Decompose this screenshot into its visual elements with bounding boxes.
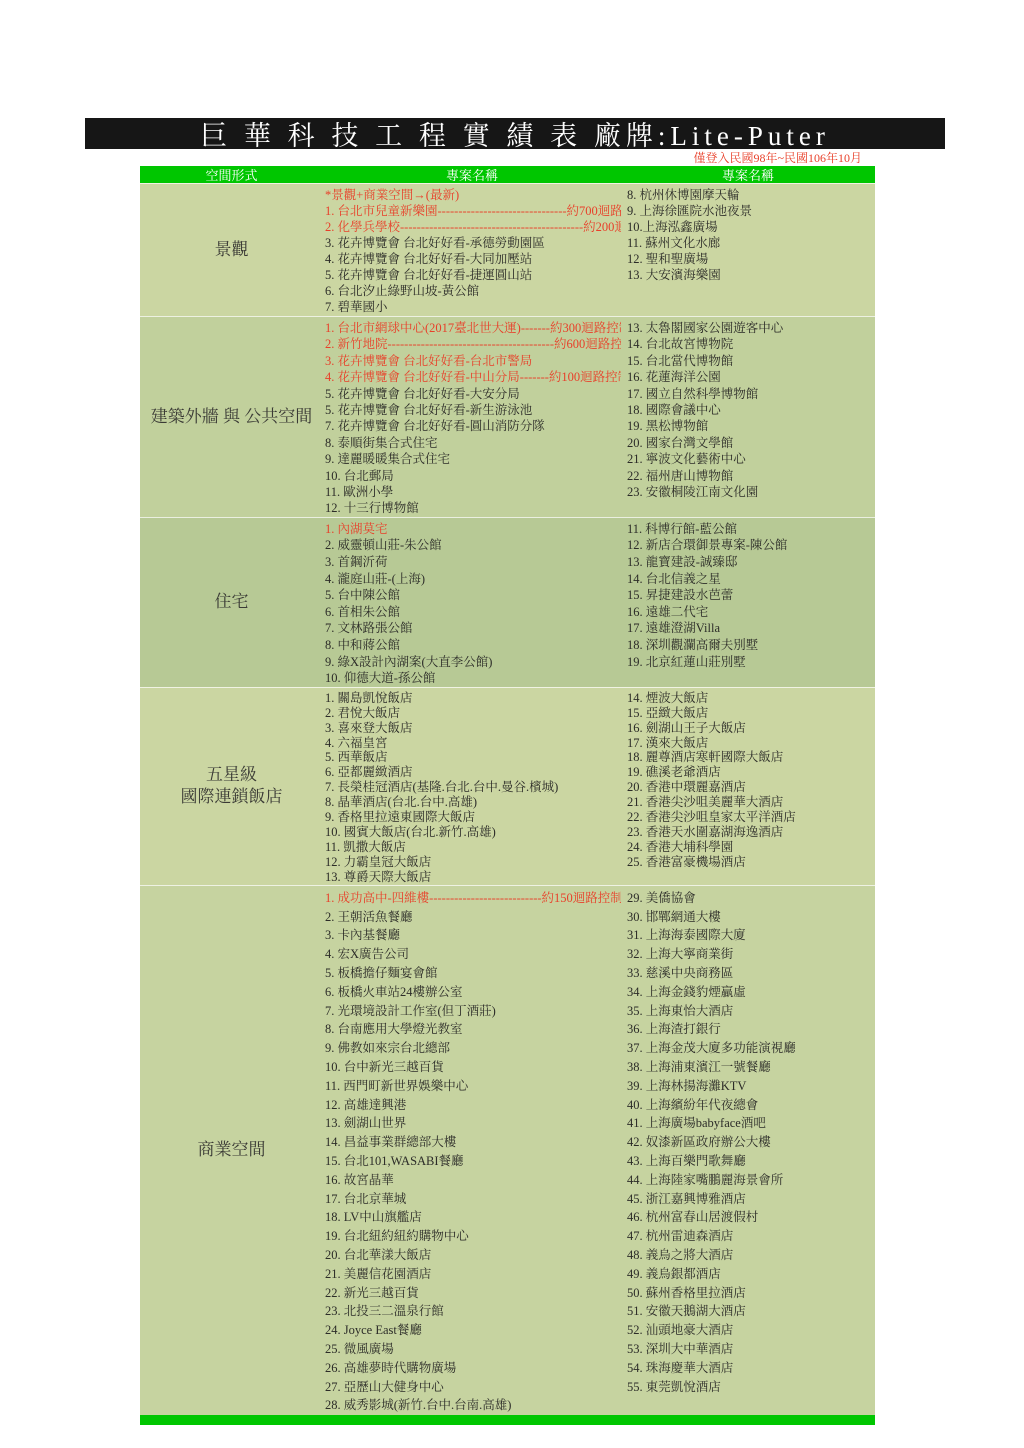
- project-item: 15. 台北當代博物館: [627, 353, 875, 369]
- project-item: 50. 蘇州香格里拉酒店: [627, 1284, 875, 1303]
- project-item: 55. 東莞凱悅酒店: [627, 1378, 875, 1397]
- project-item: 18. 麗尊酒店寒軒國際大飯店: [627, 750, 875, 765]
- project-item: 9. 綠X設計內湖案(大直李公館): [325, 654, 621, 671]
- project-item: 11. 歐洲小學: [325, 484, 621, 500]
- project-item: 21. 美麗信花園酒店: [325, 1265, 621, 1284]
- header-project-name-1: 專案名稱: [323, 165, 621, 184]
- project-item: 19. 礁溪老爺酒店: [627, 765, 875, 780]
- project-item: 1. 台北市兒童新樂園-----------------------------…: [325, 203, 621, 219]
- project-column: 8. 杭州休博園摩天輪9. 上海徐匯院水池夜景10.上海泓鑫廣場11. 蘇州文化…: [621, 184, 875, 316]
- project-item: 6. 板橋火車站24樓辦公室: [325, 983, 621, 1002]
- project-item: 3. 花卉博覽會 台北好好看-台北市警局: [325, 353, 621, 369]
- project-item: 33. 慈溪中央商務區: [627, 964, 875, 983]
- section-label: 商業空間: [140, 886, 323, 1415]
- document-title-bar: 巨 華 科 技 工 程 實 績 表 廠牌:Lite-Puter: [85, 118, 945, 149]
- project-item: 6. 亞都麗緻酒店: [325, 765, 621, 780]
- project-item: 24. 香港大埔科學園: [627, 840, 875, 855]
- table-section: 建築外牆 與 公共空間1. 台北市網球中心(2017臺北世大運)-------約…: [140, 316, 875, 517]
- project-column: 1. 成功高中-四維樓---------------------------約1…: [323, 886, 621, 1415]
- project-item: 11. 科博行館-藍公館: [627, 521, 875, 538]
- project-item: 13. 太魯閣國家公園遊客中心: [627, 320, 875, 336]
- project-item: 3. 花卉博覽會 台北好好看-承德勞動園區: [325, 235, 621, 251]
- project-item: 23. 北投三二溫泉行館: [325, 1302, 621, 1321]
- project-item: 25. 香港富豪機場酒店: [627, 855, 875, 870]
- project-item: 17. 遠雄澄湖Villa: [627, 620, 875, 637]
- project-item: 28. 威秀影城(新竹.台中.台南.高雄): [325, 1396, 621, 1415]
- project-item: 9. 佛教如來宗台北總部: [325, 1039, 621, 1058]
- table-section: 住宅1. 內湖莫宅2. 威靈頓山莊-朱公館3. 首鋼沂荷4. 瀧庭山莊-(上海)…: [140, 517, 875, 687]
- project-item: 3. 首鋼沂荷: [325, 554, 621, 571]
- project-column: *景觀+商業空間→(最新)1. 台北市兒童新樂園----------------…: [323, 184, 621, 316]
- project-item: 5. 板橋擔仔麵宴會館: [325, 964, 621, 983]
- project-item: 17. 台北京華城: [325, 1190, 621, 1209]
- project-item: 5. 花卉博覽會 台北好好看-大安分局: [325, 386, 621, 402]
- project-item: 38. 上海浦東濱江一號餐廳: [627, 1058, 875, 1077]
- project-item: 23. 香港天水圍嘉湖海逸酒店: [627, 825, 875, 840]
- project-item: 16. 遠雄二代宅: [627, 604, 875, 621]
- project-item: 29. 美僑協會: [627, 889, 875, 908]
- project-item: 22. 新光三越百貨: [325, 1284, 621, 1303]
- project-item: 1. 台北市網球中心(2017臺北世大運)-------約300迴路控制: [325, 320, 621, 336]
- project-item: 16. 劍湖山王子大飯店: [627, 721, 875, 736]
- project-item: 21. 寧波文化藝術中心: [627, 451, 875, 467]
- project-item: 1. 成功高中-四維樓---------------------------約1…: [325, 889, 621, 908]
- project-item: 1. 關島凱悅飯店: [325, 691, 621, 706]
- project-item: 53. 深圳大中華酒店: [627, 1340, 875, 1359]
- project-item: 31. 上海海泰國際大廈: [627, 926, 875, 945]
- project-item: 25. 微風廣場: [325, 1340, 621, 1359]
- project-item: 19. 黑松博物館: [627, 418, 875, 434]
- project-item: 24. Joyce East餐廳: [325, 1321, 621, 1340]
- header-space-type: 空間形式: [140, 165, 323, 184]
- table-sections: 景觀*景觀+商業空間→(最新)1. 台北市兒童新樂園--------------…: [140, 183, 875, 1415]
- project-item: 3. 喜來登大飯店: [325, 721, 621, 736]
- project-item: 52. 汕頭地豪大酒店: [627, 1321, 875, 1340]
- project-item: 2. 威靈頓山莊-朱公館: [325, 537, 621, 554]
- project-item: 10. 國賓大飯店(台北.新竹.高雄): [325, 825, 621, 840]
- project-item: 8. 台南應用大學燈光教室: [325, 1020, 621, 1039]
- project-item: 45. 浙江嘉興博雅酒店: [627, 1190, 875, 1209]
- project-item: 10. 台中新光三越百貨: [325, 1058, 621, 1077]
- project-item: 18. 深圳觀瀾高爾夫別墅: [627, 637, 875, 654]
- project-item: 11. 蘇州文化水廊: [627, 235, 875, 251]
- project-item: 23. 安徽桐陵江南文化園: [627, 484, 875, 500]
- project-item: 7. 花卉博覽會 台北好好看-圓山消防分隊: [325, 418, 621, 434]
- projects-table: 空間形式 專案名稱 專案名稱 景觀*景觀+商業空間→(最新)1. 台北市兒童新樂…: [140, 166, 875, 1425]
- project-item: 17. 國立自然科學博物館: [627, 386, 875, 402]
- project-item: 5. 花卉博覽會 台北好好看-捷運圓山站: [325, 267, 621, 283]
- project-item: 12. 聖和聖廣場: [627, 251, 875, 267]
- project-item: 6. 台北汐止綠野山坡-黃公館: [325, 283, 621, 299]
- project-item: 19. 台北紐約紐約購物中心: [325, 1227, 621, 1246]
- project-item: 15. 亞緻大飯店: [627, 706, 875, 721]
- project-item: 2. 王朝活魚餐廳: [325, 908, 621, 927]
- project-item: 4. 宏X廣告公司: [325, 945, 621, 964]
- project-item: *景觀+商業空間→(最新): [325, 187, 621, 203]
- project-item: 6. 首相朱公館: [325, 604, 621, 621]
- project-item: 4. 瀧庭山莊-(上海): [325, 571, 621, 588]
- project-item: 21. 香港尖沙咀美麗華大酒店: [627, 795, 875, 810]
- project-item: 36. 上海渣打銀行: [627, 1020, 875, 1039]
- project-item: 7. 文林路張公館: [325, 620, 621, 637]
- project-item: 2. 化學兵學校--------------------------------…: [325, 219, 621, 235]
- project-item: 30. 邯鄲網通大樓: [627, 908, 875, 927]
- project-column: 1. 台北市網球中心(2017臺北世大運)-------約300迴路控制2. 新…: [323, 317, 621, 517]
- project-item: 14. 台北故宮博物院: [627, 336, 875, 352]
- project-item: 37. 上海金茂大廈多功能演視廳: [627, 1039, 875, 1058]
- project-item: 39. 上海林揚海灘KTV: [627, 1077, 875, 1096]
- document-title: 巨 華 科 技 工 程 實 績 表 廠牌:Lite-Puter: [200, 118, 830, 149]
- project-item: 12. 十三行博物館: [325, 500, 621, 516]
- section-label: 建築外牆 與 公共空間: [140, 317, 323, 517]
- project-item: 14. 昌益事業群總部大樓: [325, 1133, 621, 1152]
- project-item: 11. 凱撒大飯店: [325, 840, 621, 855]
- project-column: 29. 美僑協會30. 邯鄲網通大樓31. 上海海泰國際大廈32. 上海大寧商業…: [621, 886, 875, 1415]
- project-item: 14. 煙波大飯店: [627, 691, 875, 706]
- project-item: 14. 台北信義之星: [627, 571, 875, 588]
- date-range-note: 僅登入民國98年~民國106年10月: [140, 149, 862, 164]
- project-column: 1. 內湖莫宅2. 威靈頓山莊-朱公館3. 首鋼沂荷4. 瀧庭山莊-(上海)5.…: [323, 518, 621, 687]
- table-section: 商業空間1. 成功高中-四維樓-------------------------…: [140, 885, 875, 1415]
- project-item: 48. 義烏之將大酒店: [627, 1246, 875, 1265]
- project-item: 44. 上海陸家嘴鵬麗海景會所: [627, 1171, 875, 1190]
- project-item: 9. 香格里拉遠東國際大飯店: [325, 810, 621, 825]
- project-item: 13. 大安濱海樂園: [627, 267, 875, 283]
- project-item: 12. 新店合環御景專案-陳公館: [627, 537, 875, 554]
- project-item: 22. 香港尖沙咀皇家太平洋酒店: [627, 810, 875, 825]
- project-item: 54. 珠海慶華大酒店: [627, 1359, 875, 1378]
- project-item: 17. 漢來大飯店: [627, 736, 875, 751]
- project-item: 13. 劍湖山世界: [325, 1114, 621, 1133]
- project-item: 51. 安徽天鵝湖大酒店: [627, 1302, 875, 1321]
- project-item: 7. 碧華國小: [325, 299, 621, 315]
- project-item: 1. 內湖莫宅: [325, 521, 621, 538]
- project-column: 11. 科博行館-藍公館12. 新店合環御景專案-陳公館13. 龍寶建設-誠臻邸…: [621, 518, 875, 687]
- project-item: 35. 上海東怡大酒店: [627, 1002, 875, 1021]
- project-item: 7. 長榮桂冠酒店(基隆.台北.台中.曼谷.檳城): [325, 780, 621, 795]
- table-section: 景觀*景觀+商業空間→(最新)1. 台北市兒童新樂園--------------…: [140, 183, 875, 316]
- project-item: 26. 高雄夢時代購物廣場: [325, 1359, 621, 1378]
- project-item: 49. 義烏銀都酒店: [627, 1265, 875, 1284]
- project-column: 1. 關島凱悅飯店2. 君悅大飯店3. 喜來登大飯店4. 六福皇宮5. 西華飯店…: [323, 688, 621, 885]
- project-item: 10. 台北郵局: [325, 468, 621, 484]
- project-item: 2. 君悅大飯店: [325, 706, 621, 721]
- project-item: 22. 福州唐山博物館: [627, 468, 875, 484]
- project-item: 18. 國際會議中心: [627, 402, 875, 418]
- table-header-row: 空間形式 專案名稱 專案名稱: [140, 166, 875, 183]
- table-section: 五星級 國際連鎖飯店1. 關島凱悅飯店2. 君悅大飯店3. 喜來登大飯店4. 六…: [140, 687, 875, 885]
- project-item: 11. 西門町新世界娛樂中心: [325, 1077, 621, 1096]
- project-item: 10.上海泓鑫廣場: [627, 219, 875, 235]
- project-item: 4. 花卉博覽會 台北好好看-大同加壓站: [325, 251, 621, 267]
- section-label: 住宅: [140, 518, 323, 687]
- project-item: 20. 香港中環麗嘉酒店: [627, 780, 875, 795]
- project-item: 27. 亞歷山大健身中心: [325, 1378, 621, 1397]
- project-item: 34. 上海金錢豹煙贏虛: [627, 983, 875, 1002]
- project-item: 41. 上海廣場babyface酒吧: [627, 1114, 875, 1133]
- project-column: 13. 太魯閣國家公園遊客中心14. 台北故宮博物院15. 台北當代博物館16.…: [621, 317, 875, 517]
- project-item: 10. 仰德大道-孫公館: [325, 670, 621, 687]
- project-item: 8. 中和蔣公館: [325, 637, 621, 654]
- project-item: 12. 高雄達興港: [325, 1096, 621, 1115]
- project-item: 42. 奴漆新區政府辦公大樓: [627, 1133, 875, 1152]
- table-footer-bar: [140, 1415, 875, 1425]
- project-item: 47. 杭州雷迪森酒店: [627, 1227, 875, 1246]
- project-item: 46. 杭州富春山居渡假村: [627, 1208, 875, 1227]
- project-item: 16. 花蓮海洋公園: [627, 369, 875, 385]
- project-item: 43. 上海百樂門歌舞廳: [627, 1152, 875, 1171]
- project-item: 40. 上海繽紛年代夜總會: [627, 1096, 875, 1115]
- project-item: 4. 六福皇宮: [325, 736, 621, 751]
- project-item: 8. 晶華酒店(台北.台中.高雄): [325, 795, 621, 810]
- project-item: 5. 花卉博覽會 台北好好看-新生游泳池: [325, 402, 621, 418]
- project-item: 12. 力霸皇冠大飯店: [325, 855, 621, 870]
- project-item: 13. 龍寶建設-誠臻邸: [627, 554, 875, 571]
- section-label: 五星級 國際連鎖飯店: [140, 688, 323, 885]
- project-item: 13. 尊爵天際大飯店: [325, 870, 621, 885]
- project-item: 15. 台北101,WASABI餐廳: [325, 1152, 621, 1171]
- project-item: 8. 泰順街集合式住宅: [325, 435, 621, 451]
- project-item: 19. 北京紅蓮山莊別墅: [627, 654, 875, 671]
- project-item: 16. 故宮晶華: [325, 1171, 621, 1190]
- project-item: 20. 台北華漾大飯店: [325, 1246, 621, 1265]
- project-item: 4. 花卉博覽會 台北好好看-中山分局-------約100迴路控制: [325, 369, 621, 385]
- project-item: 5. 西華飯店: [325, 750, 621, 765]
- section-label: 景觀: [140, 184, 323, 316]
- project-column: 14. 煙波大飯店15. 亞緻大飯店16. 劍湖山王子大飯店17. 漢來大飯店1…: [621, 688, 875, 885]
- project-item: 3. 卡內基餐廳: [325, 926, 621, 945]
- project-item: 18. LV中山旗艦店: [325, 1208, 621, 1227]
- project-item: 8. 杭州休博園摩天輪: [627, 187, 875, 203]
- project-item: 15. 昇捷建設水芭蕾: [627, 587, 875, 604]
- project-item: 2. 新竹地院---------------------------------…: [325, 336, 621, 352]
- project-item: 5. 台中陳公館: [325, 587, 621, 604]
- header-project-name-2: 專案名稱: [621, 165, 875, 184]
- project-item: 32. 上海大寧商業街: [627, 945, 875, 964]
- project-item: 20. 國家台灣文學館: [627, 435, 875, 451]
- project-item: 7. 光環境設計工作室(但丁酒莊): [325, 1002, 621, 1021]
- project-item: 9. 達麗暖暖集合式住宅: [325, 451, 621, 467]
- project-item: 9. 上海徐匯院水池夜景: [627, 203, 875, 219]
